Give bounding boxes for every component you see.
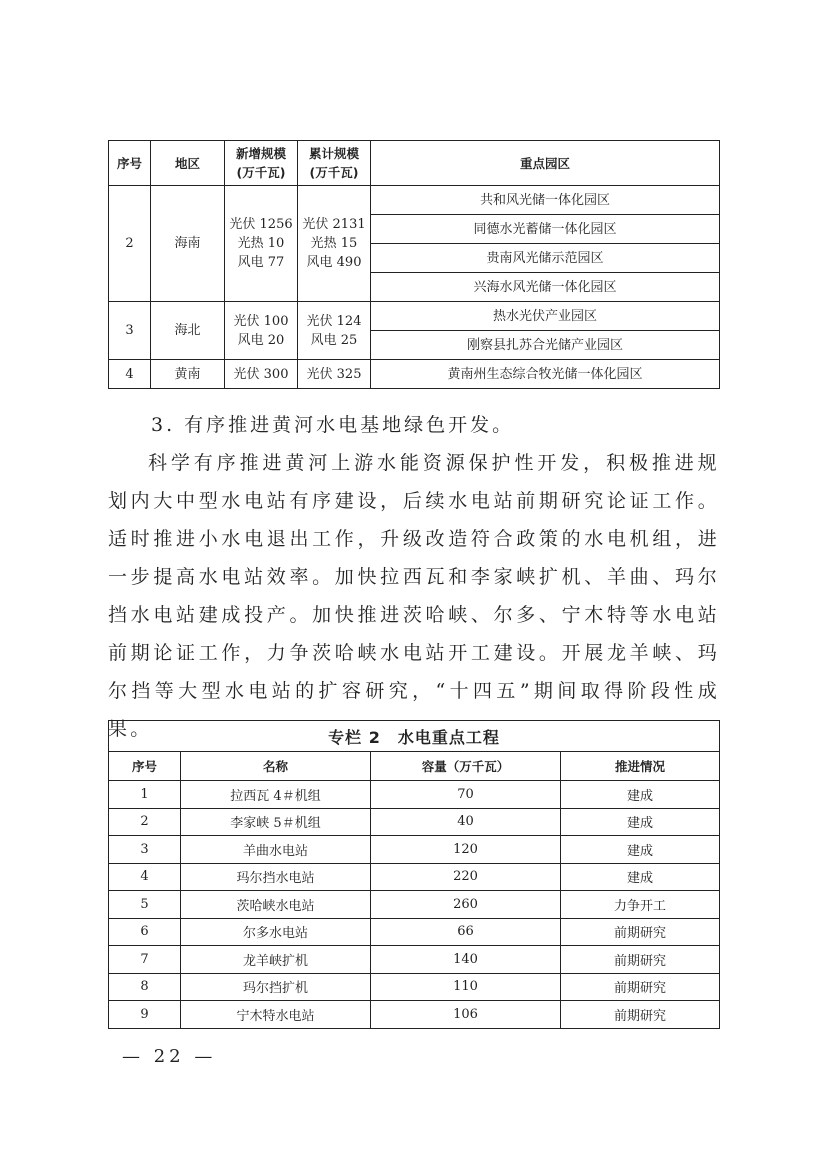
cell-park: 共和风光储一体化园区	[371, 186, 720, 215]
cell-status: 建成	[561, 863, 720, 891]
new-scale-line: 风电 77	[225, 253, 297, 272]
table-title: 专栏 2 水电重点工程	[109, 721, 720, 752]
cell-total-scale: 光伏 325	[298, 360, 371, 389]
header-total-scale-line2: (万千瓦)	[310, 165, 359, 180]
cell-capacity: 260	[371, 891, 561, 919]
new-scale-line: 光热 10	[225, 234, 297, 253]
cell-region: 黄南	[151, 360, 225, 389]
cell-status: 建成	[561, 781, 720, 809]
cell-capacity: 106	[371, 1001, 561, 1029]
table-row: 8 玛尔挡扩机 110 前期研究	[109, 973, 720, 1001]
cell-seq: 3	[109, 302, 151, 360]
header-region: 地区	[151, 141, 225, 186]
table-row: 3 羊曲水电站 120 建成	[109, 836, 720, 864]
cell-name: 宁木特水电站	[181, 1001, 371, 1029]
cell-status: 建成	[561, 808, 720, 836]
header-seq: 序号	[109, 141, 151, 186]
table-header-row: 序号 地区 新增规模(万千瓦) 累计规模(万千瓦) 重点园区	[109, 141, 720, 186]
cell-park: 黄南州生态综合牧光储一体化园区	[371, 360, 720, 389]
cell-status: 前期研究	[561, 918, 720, 946]
header-total-scale-line1: 累计规模	[309, 146, 359, 161]
section-paragraph: 科学有序推进黄河上游水能资源保护性开发，积极推进规划内大中型水电站有序建设，后续…	[108, 444, 720, 748]
cell-region: 海北	[151, 302, 225, 360]
new-scale-line: 光伏 100	[225, 312, 297, 331]
header-seq: 序号	[109, 752, 181, 781]
total-scale-line: 光伏 124	[298, 312, 370, 331]
section-heading: 3. 有序推进黄河水电基地绿色开发。	[151, 406, 763, 444]
cell-name: 羊曲水电站	[181, 836, 371, 864]
renewable-parks-table: 序号 地区 新增规模(万千瓦) 累计规模(万千瓦) 重点园区 2 海南 光伏 1…	[108, 140, 720, 389]
cell-status: 前期研究	[561, 973, 720, 1001]
table-row: 6 尔多水电站 66 前期研究	[109, 918, 720, 946]
cell-name: 玛尔挡扩机	[181, 973, 371, 1001]
cell-new-scale: 光伏 1256 光热 10 风电 77	[225, 186, 298, 302]
cell-seq: 3	[109, 836, 181, 864]
cell-seq: 4	[109, 360, 151, 389]
header-total-scale: 累计规模(万千瓦)	[298, 141, 371, 186]
cell-name: 李家峡 5＃机组	[181, 808, 371, 836]
cell-capacity: 66	[371, 918, 561, 946]
cell-seq: 1	[109, 781, 181, 809]
cell-new-scale: 光伏 100 风电 20	[225, 302, 298, 360]
cell-name: 玛尔挡水电站	[181, 863, 371, 891]
cell-status: 前期研究	[561, 946, 720, 974]
cell-region: 海南	[151, 186, 225, 302]
cell-name: 尔多水电站	[181, 918, 371, 946]
cell-seq: 2	[109, 186, 151, 302]
total-scale-line: 光热 15	[298, 234, 370, 253]
page-number: — 22 —	[122, 1046, 216, 1067]
table-title-row: 专栏 2 水电重点工程	[109, 721, 720, 752]
table-row: 7 龙羊峡扩机 140 前期研究	[109, 946, 720, 974]
header-new-scale: 新增规模(万千瓦)	[225, 141, 298, 186]
header-new-scale-line2: (万千瓦)	[237, 165, 286, 180]
cell-status: 建成	[561, 836, 720, 864]
hydropower-projects-table: 专栏 2 水电重点工程 序号 名称 容量（万千瓦） 推进情况 1 拉西瓦 4＃机…	[108, 720, 720, 1029]
total-scale-line: 风电 490	[298, 253, 370, 272]
table-row: 4 黄南 光伏 300 光伏 325 黄南州生态综合牧光储一体化园区	[109, 360, 720, 389]
header-capacity: 容量（万千瓦）	[371, 752, 561, 781]
cell-total-scale: 光伏 124 风电 25	[298, 302, 371, 360]
cell-status: 力争开工	[561, 891, 720, 919]
cell-capacity: 140	[371, 946, 561, 974]
table-row: 1 拉西瓦 4＃机组 70 建成	[109, 781, 720, 809]
cell-seq: 5	[109, 891, 181, 919]
cell-seq: 9	[109, 1001, 181, 1029]
cell-capacity: 110	[371, 973, 561, 1001]
cell-name: 龙羊峡扩机	[181, 946, 371, 974]
table-row: 2 李家峡 5＃机组 40 建成	[109, 808, 720, 836]
cell-seq: 2	[109, 808, 181, 836]
cell-capacity: 40	[371, 808, 561, 836]
header-new-scale-line1: 新增规模	[236, 146, 286, 161]
cell-capacity: 120	[371, 836, 561, 864]
cell-seq: 4	[109, 863, 181, 891]
cell-park: 兴海水风光储一体化园区	[371, 273, 720, 302]
new-scale-line: 光伏 1256	[225, 215, 297, 234]
cell-seq: 6	[109, 918, 181, 946]
cell-seq: 7	[109, 946, 181, 974]
cell-total-scale: 光伏 2131 光热 15 风电 490	[298, 186, 371, 302]
cell-new-scale: 光伏 300	[225, 360, 298, 389]
cell-park: 贵南风光储示范园区	[371, 244, 720, 273]
cell-name: 拉西瓦 4＃机组	[181, 781, 371, 809]
table-row: 2 海南 光伏 1256 光热 10 风电 77 光伏 2131 光热 15 风…	[109, 186, 720, 215]
table-row: 4 玛尔挡水电站 220 建成	[109, 863, 720, 891]
new-scale-line: 风电 20	[225, 331, 297, 350]
total-scale-line: 光伏 2131	[298, 215, 370, 234]
cell-park: 刚察县扎苏合光储产业园区	[371, 331, 720, 360]
cell-park: 同德水光蓄储一体化园区	[371, 215, 720, 244]
cell-park: 热水光伏产业园区	[371, 302, 720, 331]
table-header-row: 序号 名称 容量（万千瓦） 推进情况	[109, 752, 720, 781]
table-row: 3 海北 光伏 100 风电 20 光伏 124 风电 25 热水光伏产业园区	[109, 302, 720, 331]
total-scale-line: 风电 25	[298, 331, 370, 350]
cell-seq: 8	[109, 973, 181, 1001]
cell-status: 前期研究	[561, 1001, 720, 1029]
cell-capacity: 70	[371, 781, 561, 809]
table-row: 9 宁木特水电站 106 前期研究	[109, 1001, 720, 1029]
cell-capacity: 220	[371, 863, 561, 891]
cell-name: 茨哈峡水电站	[181, 891, 371, 919]
header-status: 推进情况	[561, 752, 720, 781]
table-row: 5 茨哈峡水电站 260 力争开工	[109, 891, 720, 919]
header-name: 名称	[181, 752, 371, 781]
header-parks: 重点园区	[371, 141, 720, 186]
